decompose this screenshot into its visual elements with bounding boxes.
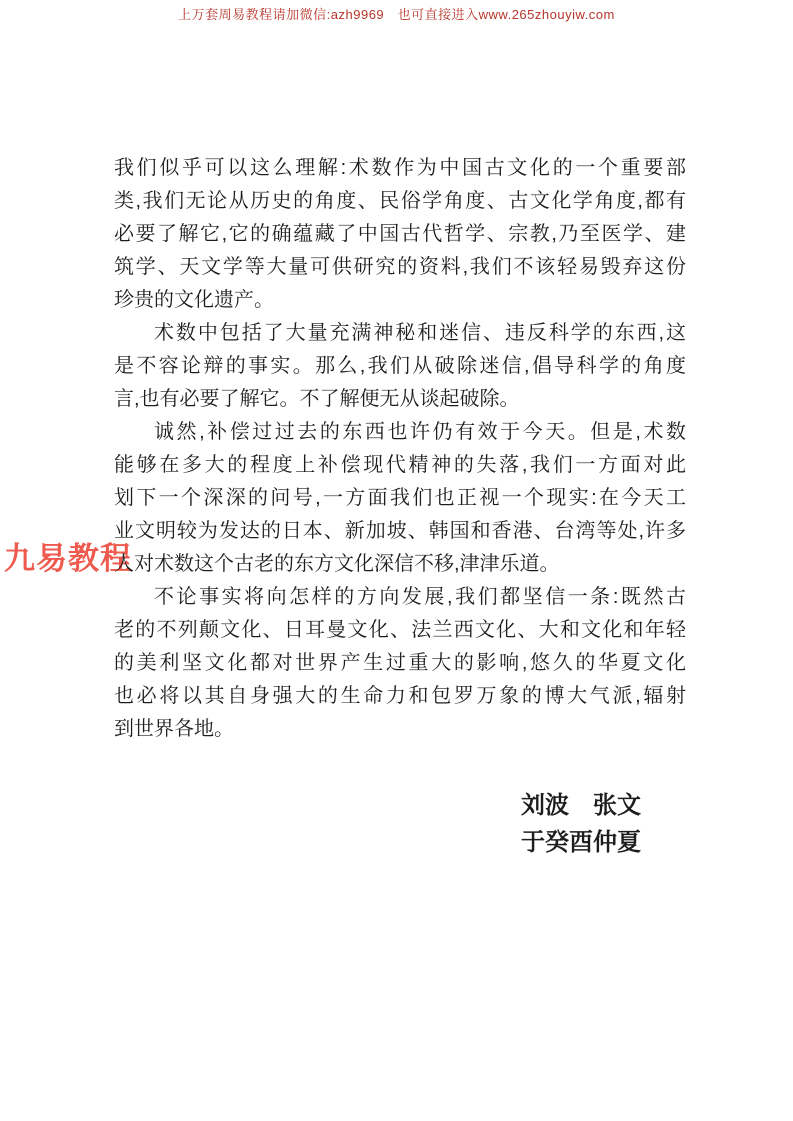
- body-line: 是不容论辩的事实。那么,我们从破除迷信,倡导科学的角度: [114, 350, 686, 383]
- body-line: 不论事实将向怎样的方向发展,我们都坚信一条:既然古: [114, 581, 686, 614]
- body-line: 老的不列颠文化、日耳曼文化、法兰西文化、大和文化和年轻: [114, 614, 686, 647]
- body-line: 的美利坚文化都对世界产生过重大的影响,悠久的华夏文化: [114, 647, 686, 680]
- body-line: 言,也有必要了解它。不了解便无从谈起破除。: [114, 383, 686, 416]
- body-line: 业文明较为发达的日本、新加坡、韩国和香港、台湾等处,许多: [114, 515, 686, 548]
- body-line: 筑学、天文学等大量可供研究的资料,我们不该轻易毁弃这份: [114, 251, 686, 284]
- signature-date: 于癸酉仲夏: [521, 824, 641, 861]
- signature-authors: 刘波 张文: [521, 787, 641, 824]
- promo-header-text: 上万套周易教程请加微信:azh9969 也可直接进入www.265zhouyiw…: [0, 6, 793, 24]
- body-line: 术数中包括了大量充满神秘和迷信、违反科学的东西,这: [114, 317, 686, 350]
- body-line: 类,我们无论从历史的角度、民俗学角度、古文化学角度,都有: [114, 185, 686, 218]
- body-line: 到世界各地。: [114, 713, 686, 746]
- body-line: 必要了解它,它的确蕴藏了中国古代哲学、宗教,乃至医学、建: [114, 218, 686, 251]
- body-line: 人对术数这个古老的东方文化深信不移,津津乐道。: [114, 548, 686, 581]
- body-line: 诚然,补偿过过去的东西也许仍有效于今天。但是,术数: [114, 416, 686, 449]
- signature-block: 刘波 张文 于癸酉仲夏: [521, 787, 641, 861]
- body-line: 珍贵的文化遗产。: [114, 284, 686, 317]
- body-line: 也必将以其自身强大的生命力和包罗万象的博大气派,辐射: [114, 680, 686, 713]
- body-line: 我们似乎可以这么理解:术数作为中国古文化的一个重要部: [114, 152, 686, 185]
- body-line: 划下一个深深的问号,一方面我们也正视一个现实:在今天工: [114, 482, 686, 515]
- body-line: 能够在多大的程度上补偿现代精神的失落,我们一方面对此: [114, 449, 686, 482]
- preface-body: 我们似乎可以这么理解:术数作为中国古文化的一个重要部 类,我们无论从历史的角度、…: [114, 152, 686, 746]
- watermark-text: 九易教程: [4, 541, 132, 577]
- scanned-book-page: 上万套周易教程请加微信:azh9969 也可直接进入www.265zhouyiw…: [0, 0, 793, 1121]
